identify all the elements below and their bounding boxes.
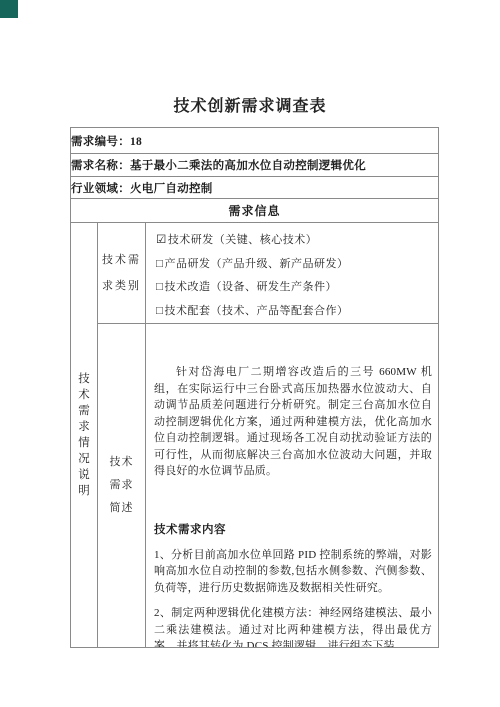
summary-paragraph: 针对岱海电厂二期增容改造后的三号 660MW 机组，在实际运行中三台卧式高压加热… (154, 364, 432, 480)
option-label: 技术改造（设备、研发生产条件） (164, 281, 337, 293)
sub-label-line2: 需求 (98, 474, 145, 497)
row-category: 技 术 需 求 情 况 说 明 技术需 求类别 ☑技术研发（关键、核心技术） □… (71, 223, 439, 324)
demand-content-cell: 针对岱海电厂二期增容改造后的三号 660MW 机组，在实际运行中三台卧式高压加热… (146, 324, 439, 648)
row-industry-field: 行业领域：火电厂自动控制 (71, 177, 439, 199)
sub-label-cell: 技术 需求 简述 (98, 324, 146, 648)
content-item-1: 1、分析目前高加水位单回路 PID 控制系统的弊端，对影响高加水位自动控制的参数… (154, 547, 432, 597)
checkbox-unchecked-icon: □ (156, 305, 163, 317)
checkbox-option-tech-upgrade: □技术改造（设备、研发生产条件） (156, 276, 434, 300)
side-label-char: 求 (71, 419, 97, 435)
industry-field-label: 行业领域： (71, 183, 130, 195)
checkbox-option-product-rd: □产品研发（产品升级、新产品研发） (156, 253, 434, 277)
row-section-header: 需求信息 (71, 199, 439, 223)
option-label: 产品研发（产品升级、新产品研发） (164, 258, 348, 270)
category-label-cell: 技术需 求类别 (98, 223, 146, 324)
checkbox-checked-icon: ☑ (156, 234, 167, 246)
checkbox-option-tech-support: □技术配套（技术、产品等配套合作） (156, 300, 434, 324)
side-label-char: 需 (71, 403, 97, 419)
category-options-cell: ☑技术研发（关键、核心技术） □产品研发（产品升级、新产品研发） □技术改造（设… (146, 223, 439, 324)
checkbox-option-tech-rd: ☑技术研发（关键、核心技术） (156, 229, 434, 253)
side-label-char: 况 (71, 451, 97, 467)
demand-number-label: 需求编号： (71, 136, 130, 148)
side-label-char: 术 (71, 387, 97, 403)
row-demand-description: 技术 需求 简述 针对岱海电厂二期增容改造后的三号 660MW 机组，在实际运行… (71, 324, 439, 648)
side-label-char: 明 (71, 483, 97, 499)
checkbox-unchecked-icon: □ (156, 281, 163, 293)
document-page: { "corner": { "color": "#17665c" }, "tit… (0, 0, 500, 707)
corner-accent-square (0, 0, 18, 18)
content-item-2: 2、制定两种逻辑优化建模方法：神经网络建模法、最小二乘法建模法。通过对比两种建模… (154, 605, 432, 647)
row-demand-number: 需求编号：18 (71, 128, 439, 154)
sub-label-line3: 简述 (98, 497, 145, 520)
content-heading: 技术需求内容 (154, 522, 432, 538)
side-label-char: 说 (71, 467, 97, 483)
demand-number-value: 18 (130, 136, 142, 148)
demand-name-value: 基于最小二乘法的高加水位自动控制逻辑优化 (130, 160, 366, 172)
industry-field-value: 火电厂自动控制 (130, 183, 213, 195)
side-label-char: 技 (71, 371, 97, 387)
category-label-line2: 求类别 (98, 273, 145, 299)
side-label-char: 情 (71, 435, 97, 451)
category-label-line1: 技术需 (98, 247, 145, 273)
demand-name-label: 需求名称： (71, 160, 130, 172)
side-label-cell: 技 术 需 求 情 况 说 明 (71, 223, 98, 648)
option-label: 技术配套（技术、产品等配套合作） (164, 305, 348, 317)
side-label-vertical: 技 术 需 求 情 况 说 明 (71, 371, 97, 499)
survey-table: 需求编号：18 需求名称：基于最小二乘法的高加水位自动控制逻辑优化 行业领域：火… (70, 127, 439, 648)
option-label: 技术研发（关键、核心技术） (168, 234, 318, 246)
page-title: 技术创新需求调查表 (0, 93, 500, 116)
sub-label-line1: 技术 (98, 451, 145, 474)
checkbox-unchecked-icon: □ (156, 258, 163, 270)
row-demand-name: 需求名称：基于最小二乘法的高加水位自动控制逻辑优化 (71, 154, 439, 177)
section-header-demand-info: 需求信息 (71, 199, 439, 223)
